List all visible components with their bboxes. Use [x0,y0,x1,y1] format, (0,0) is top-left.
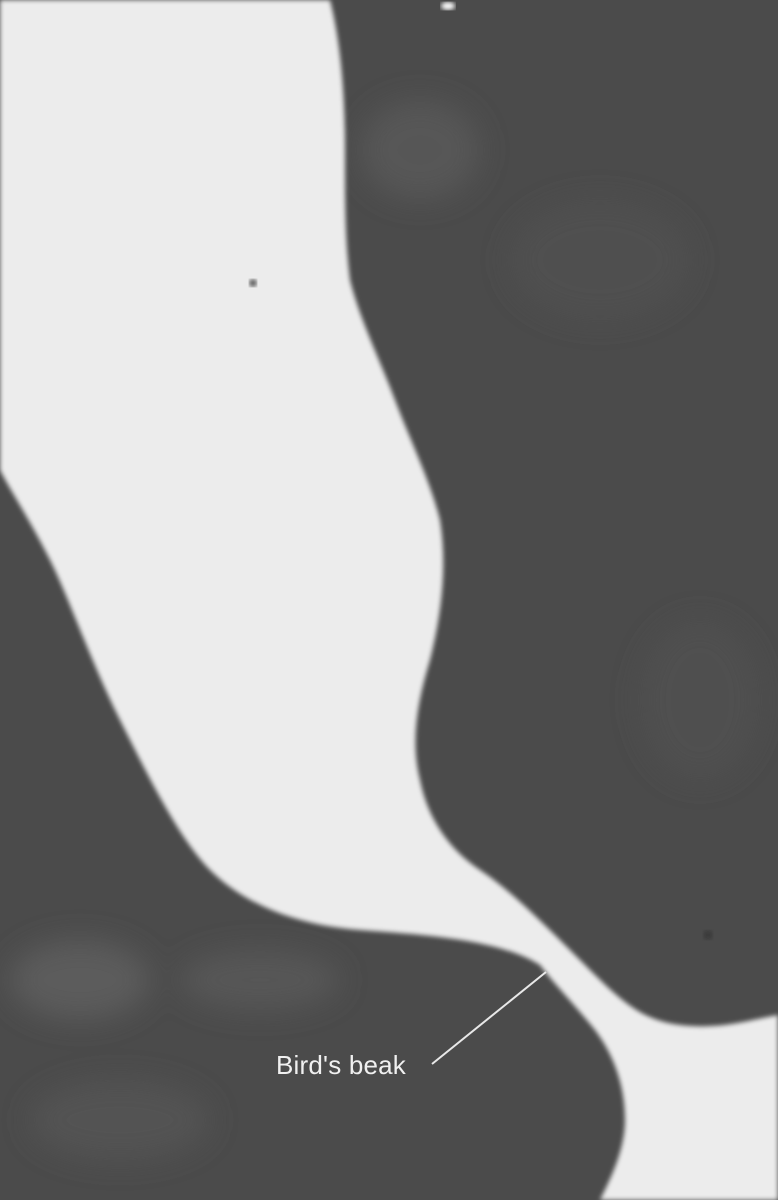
dark-spot [703,930,713,940]
speck [249,279,257,287]
radiograph-image: Bird's beak [0,0,778,1200]
radiograph-svg [0,0,778,1200]
bright-spot [441,2,455,10]
annotation-label: Bird's beak [276,1050,406,1081]
